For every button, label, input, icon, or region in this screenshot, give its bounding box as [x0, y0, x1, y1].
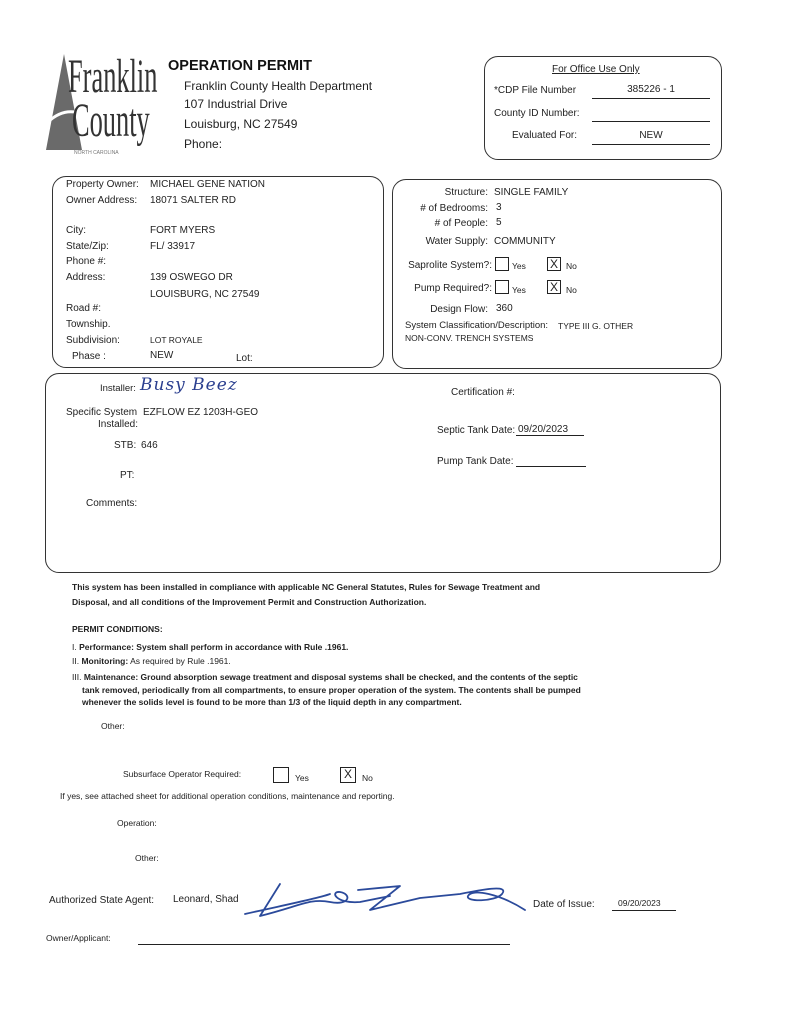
condition-maintenance: III. Maintenance: Ground absorption sewa…: [72, 672, 578, 683]
evaluated-for-field[interactable]: [592, 144, 710, 145]
subsurface-operator-label: Subsurface Operator Required:: [123, 769, 241, 780]
evaluated-for-value: NEW: [592, 130, 710, 142]
people-value: 5: [496, 217, 502, 229]
stb-label: STB:: [114, 440, 136, 452]
compliance-text-line2: Disposal, and all conditions of the Impr…: [72, 597, 426, 608]
installer-label: Installer:: [100, 383, 136, 395]
city-label: City:: [66, 225, 86, 237]
road-label: Road #:: [66, 303, 101, 315]
specific-system-label-line1: Specific System: [66, 407, 137, 419]
evaluated-for-label: Evaluated For:: [512, 130, 577, 142]
conditions-other-label: Other:: [101, 721, 125, 732]
franklin-county-logo: Franklin County NORTH CAROLINA: [44, 52, 154, 162]
classification-label: System Classification/Description:: [405, 320, 548, 332]
county-id-field[interactable]: [592, 121, 710, 122]
installer-value: Busy Beez: [140, 375, 238, 395]
design-flow-value: 360: [496, 303, 513, 315]
agent-signature: [240, 876, 540, 926]
condition-text: System shall perform in accordance with …: [136, 642, 348, 652]
structure-value: SINGLE FAMILY: [494, 187, 568, 199]
owner-applicant-label: Owner/Applicant:: [46, 933, 111, 944]
condition-title: Maintenance:: [84, 672, 138, 682]
operator-no-label: No: [362, 773, 373, 784]
date-of-issue-label: Date of Issue:: [533, 899, 595, 911]
condition-maintenance-line3: whenever the solids level is found to be…: [82, 697, 462, 708]
saprolite-no-checkbox[interactable]: X: [547, 257, 561, 271]
condition-title: Performance:: [79, 642, 134, 652]
date-of-issue-field[interactable]: [612, 910, 676, 911]
condition-title: Monitoring:: [81, 656, 128, 666]
city-value: FORT MYERS: [150, 225, 215, 237]
certification-label: Certification #:: [451, 387, 515, 399]
water-supply-label: Water Supply:: [400, 236, 488, 248]
owner-applicant-signature-line[interactable]: [138, 944, 510, 945]
permit-conditions-heading: PERMIT CONDITIONS:: [72, 624, 163, 635]
saprolite-yes-checkbox[interactable]: [495, 257, 509, 271]
office-use-heading: For Office Use Only: [552, 64, 640, 76]
state-zip-value: FL/ 33917: [150, 241, 195, 253]
subdivision-label: Subdivision:: [66, 335, 120, 347]
septic-tank-date-value: 09/20/2023: [518, 424, 568, 436]
operator-other-label: Other:: [135, 853, 159, 864]
department-address-line1: 107 Industrial Drive: [184, 97, 287, 111]
subdivision-value: LOT ROYALE: [150, 335, 203, 346]
page-title: OPERATION PERMIT: [168, 58, 312, 75]
logo-word-county: County: [72, 96, 150, 146]
authorized-agent-name: Leonard, Shad: [173, 894, 239, 906]
pump-required-label: Pump Required?:: [400, 283, 492, 295]
pump-tank-date-field[interactable]: [516, 466, 586, 467]
specific-system-value: EZFLOW EZ 1203H-GEO: [143, 407, 258, 419]
lot-label: Lot:: [236, 353, 253, 365]
operator-note: If yes, see attached sheet for additiona…: [60, 791, 395, 802]
pump-yes-checkbox[interactable]: [495, 280, 509, 294]
cdp-file-field[interactable]: [592, 98, 710, 99]
condition-num: I.: [72, 642, 77, 652]
saprolite-yes-label: Yes: [512, 261, 526, 272]
comments-label: Comments:: [86, 498, 137, 510]
pump-no-checkbox[interactable]: X: [547, 280, 561, 294]
condition-performance: I. Performance: System shall perform in …: [72, 642, 348, 653]
operator-no-checkbox[interactable]: X: [340, 767, 356, 783]
bedrooms-value: 3: [496, 202, 502, 214]
structure-label: Structure:: [400, 187, 488, 199]
address-label: Address:: [66, 272, 105, 284]
phone-label: Phone #:: [66, 256, 106, 268]
specific-system-label-line2: Installed:: [98, 419, 138, 431]
owner-address-value: 18071 SALTER RD: [150, 195, 236, 207]
date-of-issue-value: 09/20/2023: [618, 898, 661, 909]
classification-value-line1: TYPE III G. OTHER: [558, 321, 633, 332]
operator-yes-label: Yes: [295, 773, 309, 784]
department-phone-label: Phone:: [184, 137, 222, 151]
pump-no-label: No: [566, 285, 577, 296]
phase-label: Phase :: [72, 351, 106, 363]
logo-tagline: NORTH CAROLINA: [74, 150, 119, 156]
pump-yes-label: Yes: [512, 285, 526, 296]
address-line1: 139 OSWEGO DR: [150, 272, 233, 284]
condition-monitoring: II. Monitoring: As required by Rule .196…: [72, 656, 231, 667]
phase-value: NEW: [150, 350, 173, 362]
operation-label: Operation:: [117, 818, 157, 829]
bedrooms-label: # of Bedrooms:: [400, 203, 488, 215]
compliance-text-line1: This system has been installed in compli…: [72, 582, 540, 593]
saprolite-no-label: No: [566, 261, 577, 272]
township-label: Township.: [66, 319, 110, 331]
condition-text: Ground absorption sewage treatment and d…: [141, 672, 578, 682]
county-id-label: County ID Number:: [494, 108, 580, 120]
installation-box: [45, 373, 721, 573]
condition-maintenance-line2: tank removed, periodically from all comp…: [82, 685, 581, 696]
operator-yes-checkbox[interactable]: [273, 767, 289, 783]
address-line2: LOUISBURG, NC 27549: [150, 289, 260, 301]
stb-value: 646: [141, 440, 158, 452]
condition-num: II.: [72, 656, 79, 666]
classification-value-line2: NON-CONV. TRENCH SYSTEMS: [405, 333, 533, 344]
property-owner-label: Property Owner:: [66, 179, 139, 191]
property-owner-value: MICHAEL GENE NATION: [150, 179, 265, 191]
department-name: Franklin County Health Department: [184, 79, 372, 93]
design-flow-label: Design Flow:: [400, 304, 488, 316]
condition-text: As required by Rule .1961.: [130, 656, 231, 666]
pump-tank-date-label: Pump Tank Date:: [437, 456, 514, 468]
owner-address-label: Owner Address:: [66, 195, 137, 207]
state-zip-label: State/Zip:: [66, 241, 109, 253]
condition-num: III.: [72, 672, 81, 682]
septic-tank-date-label: Septic Tank Date:: [437, 425, 515, 437]
cdp-file-value: 385226 - 1: [592, 84, 710, 96]
pt-label: PT:: [120, 470, 134, 482]
department-address-line2: Louisburg, NC 27549: [184, 117, 297, 131]
cdp-file-label: *CDP File Number: [494, 85, 576, 97]
water-supply-value: COMMUNITY: [494, 236, 556, 248]
authorized-agent-label: Authorized State Agent:: [49, 895, 154, 907]
people-label: # of People:: [400, 218, 488, 230]
saprolite-label: Saprolite System?:: [400, 260, 492, 272]
